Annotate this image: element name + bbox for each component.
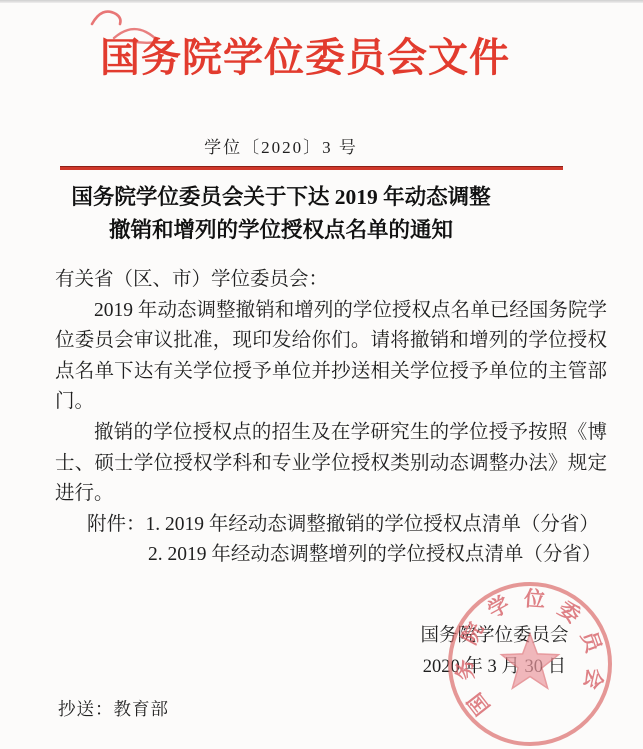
salutation: 有关省（区、市）学位委员会： [55,265,607,296]
notice-title-line1: 国务院学位委员会关于下达 2019 年动态调整 [55,181,507,214]
body-text: 有关省（区、市）学位委员会： 2019 年动态调整撤销和增列的学位授权点名单已经… [55,265,607,571]
seal-char: 学 [483,592,513,623]
document-page: 国务院学位委员会文件 学位〔2020〕3 号 国务院学位委员会关于下达 2019… [0,0,643,749]
letterhead-title: 国务院学位委员会文件 [55,26,555,83]
notice-title: 国务院学位委员会关于下达 2019 年动态调整 撤销和增列的学位授权点名单的通知 [55,181,507,247]
attachment-line-2: 2. 2019 年经动态调整增列的学位授权点清单（分省） [55,540,607,571]
notice-title-line2: 撤销和增列的学位授权点名单的通知 [55,214,507,247]
seal-char: 国 [463,688,495,719]
sign-date: 2020 年 3 月 30 日 [402,652,587,683]
document-number: 学位〔2020〕3 号 [55,133,507,158]
paragraph-1: 2019 年动态调整撤销和增列的学位授权点名单已经国务院学位委员会审议批准，现印… [55,296,607,418]
seal-char: 位 [522,586,546,611]
cc-line: 抄送：教育部 [58,696,169,721]
attachment-line-1: 附件：1. 2019 年经动态调整撤销的学位授权点清单（分省） [55,510,607,541]
signature-block: 国务院学位委员会 2020 年 3 月 30 日 [402,621,587,683]
paragraph-2: 撤销的学位授权点的招生及在学研究生的学位授予按照《博士、硕士学位授权学科和专业学… [55,418,607,510]
signer-name: 国务院学位委员会 [402,621,587,652]
red-separator-rule [60,166,563,170]
